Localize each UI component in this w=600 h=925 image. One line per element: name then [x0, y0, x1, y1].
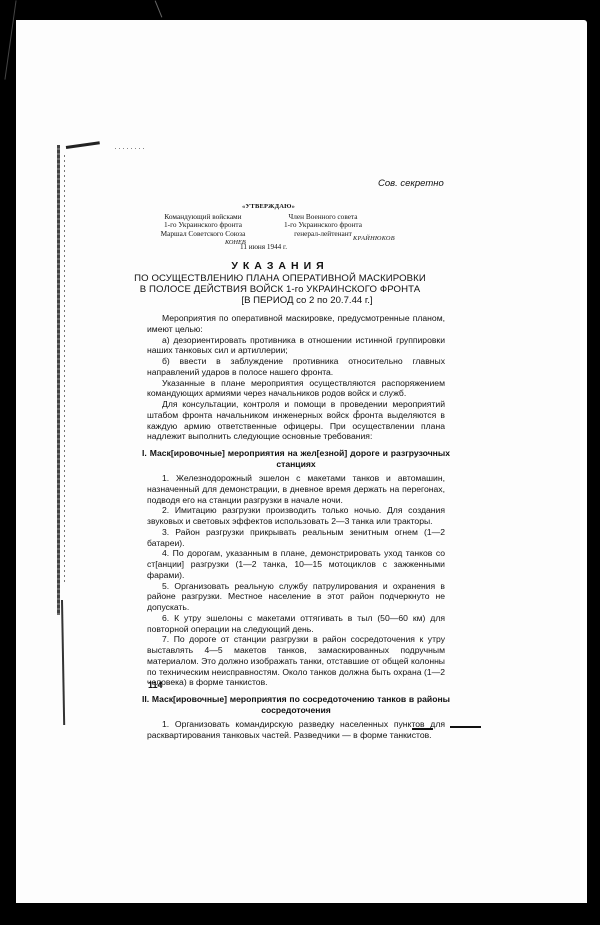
margin-dash-mark	[450, 726, 481, 728]
scan-scratch	[4, 0, 16, 79]
section-item: 3. Район разгрузки прикрывать реальным з…	[147, 527, 445, 549]
page-number: 114	[148, 680, 163, 690]
approval-stamp: «УТВЕРЖДАЮ»	[242, 203, 295, 210]
intro-paragraph: Мероприятия по оперативной маскировке, п…	[147, 313, 445, 335]
section-title: II. Маск[ировочные] мероприятия по сосре…	[142, 694, 450, 705]
section-item: 1. Организовать командирскую разведку на…	[147, 719, 445, 741]
title-line: ПО ОСУЩЕСТВЛЕНИЮ ПЛАНА ОПЕРАТИВНОЙ МАСКИ…	[110, 273, 450, 284]
section-item: 2. Имитацию разгрузки производить только…	[147, 505, 445, 527]
title-line: В ПОЛОСЕ ДЕЙСТВИЯ ВОЙСК 1-го УКРАИНСКОГО…	[110, 284, 450, 295]
scan-scratch	[155, 0, 163, 17]
section-item: 6. К утру эшелоны с макетами оттягивать …	[147, 613, 445, 635]
asterisk-mark: *	[356, 410, 359, 416]
title-heading: УКАЗАНИЯ	[110, 260, 450, 273]
intro-goal-item: б) ввести в заблуждение противника относ…	[147, 356, 445, 378]
classification-label: Сов. секретно	[378, 178, 444, 189]
section-item: 1. Железнодорожный эшелон с макетами тан…	[147, 473, 445, 505]
intro-goal-item: а) дезориентировать противника в отношен…	[147, 335, 445, 357]
section-item: 7. По дороге от станции разгрузки в райо…	[147, 634, 445, 688]
section-heading: II. Маск[ировочные] мероприятия по сосре…	[142, 694, 450, 715]
title-period: [В ПЕРИОД со 2 по 20.7.44 г.]	[110, 295, 450, 306]
section-heading: I. Маск[ировочные] мероприятия на жел[ез…	[142, 448, 450, 469]
document-title: УКАЗАНИЯ ПО ОСУЩЕСТВЛЕНИЮ ПЛАНА ОПЕРАТИВ…	[110, 260, 450, 306]
margin-binding-line	[57, 145, 60, 615]
signatory-right-name: КРАЙНЮКОВ	[353, 235, 395, 242]
signatory-left: Командующий войсками 1-го Украинского фр…	[142, 213, 264, 238]
document-body: Мероприятия по оперативной маскировке, п…	[147, 313, 445, 741]
margin-dotted-line	[64, 155, 65, 585]
corner-dotted-mark	[115, 148, 145, 149]
document-date: 11 июня 1944 г.	[240, 243, 287, 251]
signatory-left-line: Маршал Советского Союза	[142, 230, 264, 238]
section-item: 5. Организовать реальную службу патрулир…	[147, 581, 445, 613]
section-title: I. Маск[ировочные] мероприятия на жел[ез…	[142, 448, 450, 459]
intro-paragraph: Для консультации, контроля и помощи в пр…	[147, 399, 445, 442]
section-title-continued: станциях	[142, 459, 450, 470]
intro-paragraph: Указанные в плане мероприятия осуществля…	[147, 378, 445, 400]
section-title-continued: сосредоточения	[142, 705, 450, 716]
section-item: 4. По дорогам, указанным в плане, демонс…	[147, 548, 445, 580]
